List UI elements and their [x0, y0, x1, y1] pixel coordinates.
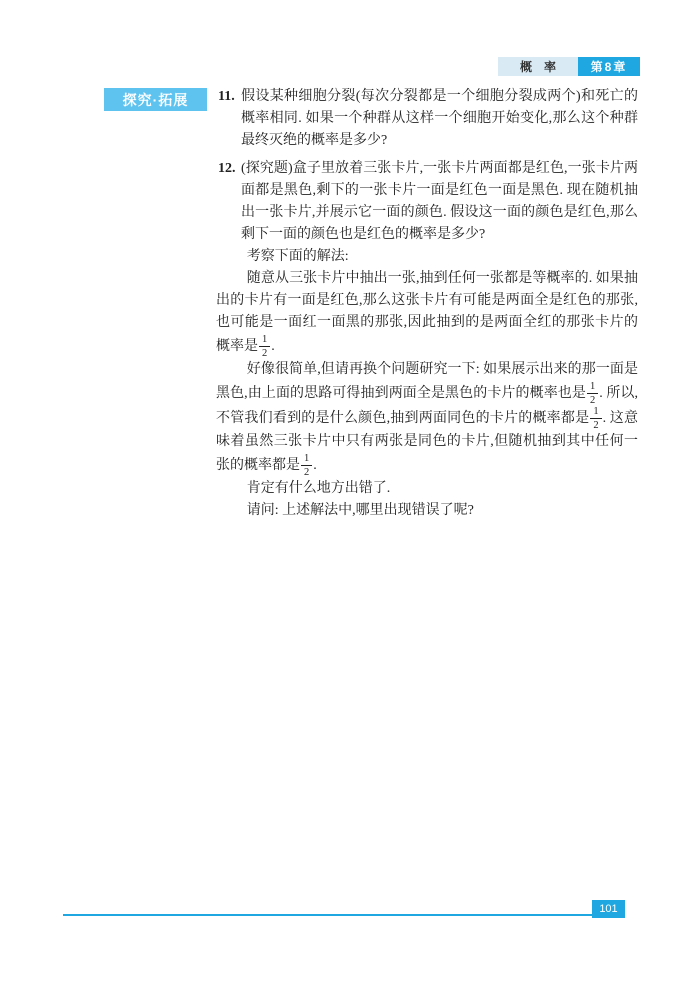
- header-section-title: 概 率: [498, 57, 578, 76]
- paragraph-text: 请问: 上述解法中,哪里出现错误了呢?: [247, 503, 474, 518]
- fraction: 12: [259, 334, 270, 359]
- paragraph-text: 随意从三张卡片中抽出一张,抽到任何一张都是等概率的. 如果抽出的卡片有一面是红色…: [216, 271, 638, 354]
- problem-paragraph: (探究题)盒子里放着三张卡片,一张卡片两面都是红色,一张卡片两面都是黑色,剩下的…: [241, 158, 638, 246]
- paragraph-text: (探究题)盒子里放着三张卡片,一张卡片两面都是红色,一张卡片两面都是黑色,剩下的…: [241, 161, 638, 242]
- fraction: 12: [587, 381, 598, 406]
- paragraph-text: 考察下面的解法:: [247, 249, 349, 264]
- footer-rule: [63, 914, 592, 916]
- running-header: 概 率 第8章: [498, 57, 640, 76]
- paragraph-text: 肯定有什么地方出错了.: [247, 481, 391, 496]
- problems: 11.假设某种细胞分裂(每次分裂都是一个细胞分裂成两个)和死亡的概率相同. 如果…: [218, 86, 638, 528]
- fraction: 12: [301, 453, 312, 478]
- fraction: 12: [590, 406, 601, 431]
- problem-paragraph: 肯定有什么地方出错了.: [216, 478, 638, 500]
- page-number-badge: 101: [592, 900, 625, 918]
- problem: 11.假设某种细胞分裂(每次分裂都是一个细胞分裂成两个)和死亡的概率相同. 如果…: [218, 86, 638, 152]
- problem-number: 11.: [218, 86, 235, 108]
- paragraph-text: .: [271, 339, 275, 354]
- problem-paragraph: 好像很简单,但请再换个问题研究一下: 如果展示出来的那一面是黑色,由上面的思路可…: [216, 359, 638, 478]
- problem-number: 12.: [218, 158, 236, 180]
- problem-paragraph: 随意从三张卡片中抽出一张,抽到任何一张都是等概率的. 如果抽出的卡片有一面是红色…: [216, 268, 638, 359]
- paragraph-text: .: [313, 458, 317, 473]
- problem: 12.(探究题)盒子里放着三张卡片,一张卡片两面都是红色,一张卡片两面都是黑色,…: [218, 158, 638, 522]
- section-label-explore-expand: 探究·拓展: [104, 88, 207, 111]
- header-chapter-badge: 第8章: [578, 57, 640, 76]
- paragraph-text: 好像很简单,但请再换个问题研究一下: 如果展示出来的那一面是黑色,由上面的思路可…: [216, 362, 638, 401]
- problem-paragraph: 假设某种细胞分裂(每次分裂都是一个细胞分裂成两个)和死亡的概率相同. 如果一个种…: [241, 86, 638, 152]
- problem-paragraph: 请问: 上述解法中,哪里出现错误了呢?: [216, 500, 638, 522]
- paragraph-text: 假设某种细胞分裂(每次分裂都是一个细胞分裂成两个)和死亡的概率相同. 如果一个种…: [241, 89, 638, 148]
- problem-paragraph: 考察下面的解法:: [216, 246, 638, 268]
